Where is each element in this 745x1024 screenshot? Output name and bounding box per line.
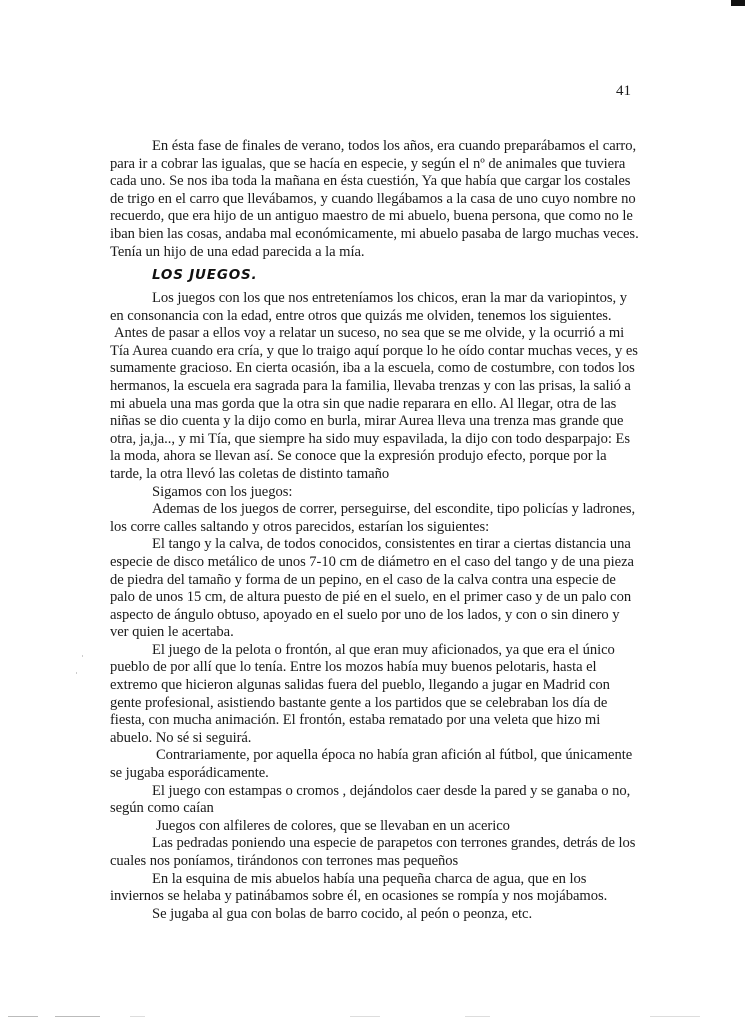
scan-artifact <box>350 1016 380 1017</box>
paragraph: Antes de pasar a ellos voy a relatar un … <box>110 325 640 483</box>
scan-artifact <box>8 1016 38 1017</box>
scan-artifact <box>650 1016 700 1017</box>
paragraph: Las pedradas poniendo una especie de par… <box>110 835 640 870</box>
paragraph: Sigamos con los juegos: <box>110 484 640 502</box>
paragraph: Juegos con alfileres de colores, que se … <box>110 818 640 836</box>
paragraph: Contrariamente, por aquella época no hab… <box>110 747 640 782</box>
paragraph: Se jugaba al gua con bolas de barro coci… <box>110 906 640 924</box>
scan-corner-mark <box>731 0 745 6</box>
paragraph: El juego de la pelota o frontón, al que … <box>110 642 640 748</box>
scan-artifact <box>55 1016 100 1017</box>
paragraph: El tango y la calva, de todos conocidos,… <box>110 536 640 642</box>
scan-artifact <box>76 672 77 674</box>
paragraph: En la esquina de mis abuelos había una p… <box>110 871 640 906</box>
page-number: 41 <box>616 82 631 100</box>
scan-artifact <box>130 1016 145 1017</box>
scan-artifact <box>465 1016 490 1017</box>
paragraph: Ademas de los juegos de correr, persegui… <box>110 501 640 536</box>
paragraph: Los juegos con los que nos entreteníamos… <box>110 290 640 325</box>
section-heading: LOS JUEGOS. <box>152 266 257 284</box>
section-juegos: Los juegos con los que nos entreteníamos… <box>110 290 640 923</box>
scan-artifact <box>82 655 83 657</box>
section-intro: En ésta fase de finales de verano, todos… <box>110 138 640 261</box>
paragraph: El juego con estampas o cromos , dejándo… <box>110 783 640 818</box>
paragraph: En ésta fase de finales de verano, todos… <box>110 138 640 261</box>
